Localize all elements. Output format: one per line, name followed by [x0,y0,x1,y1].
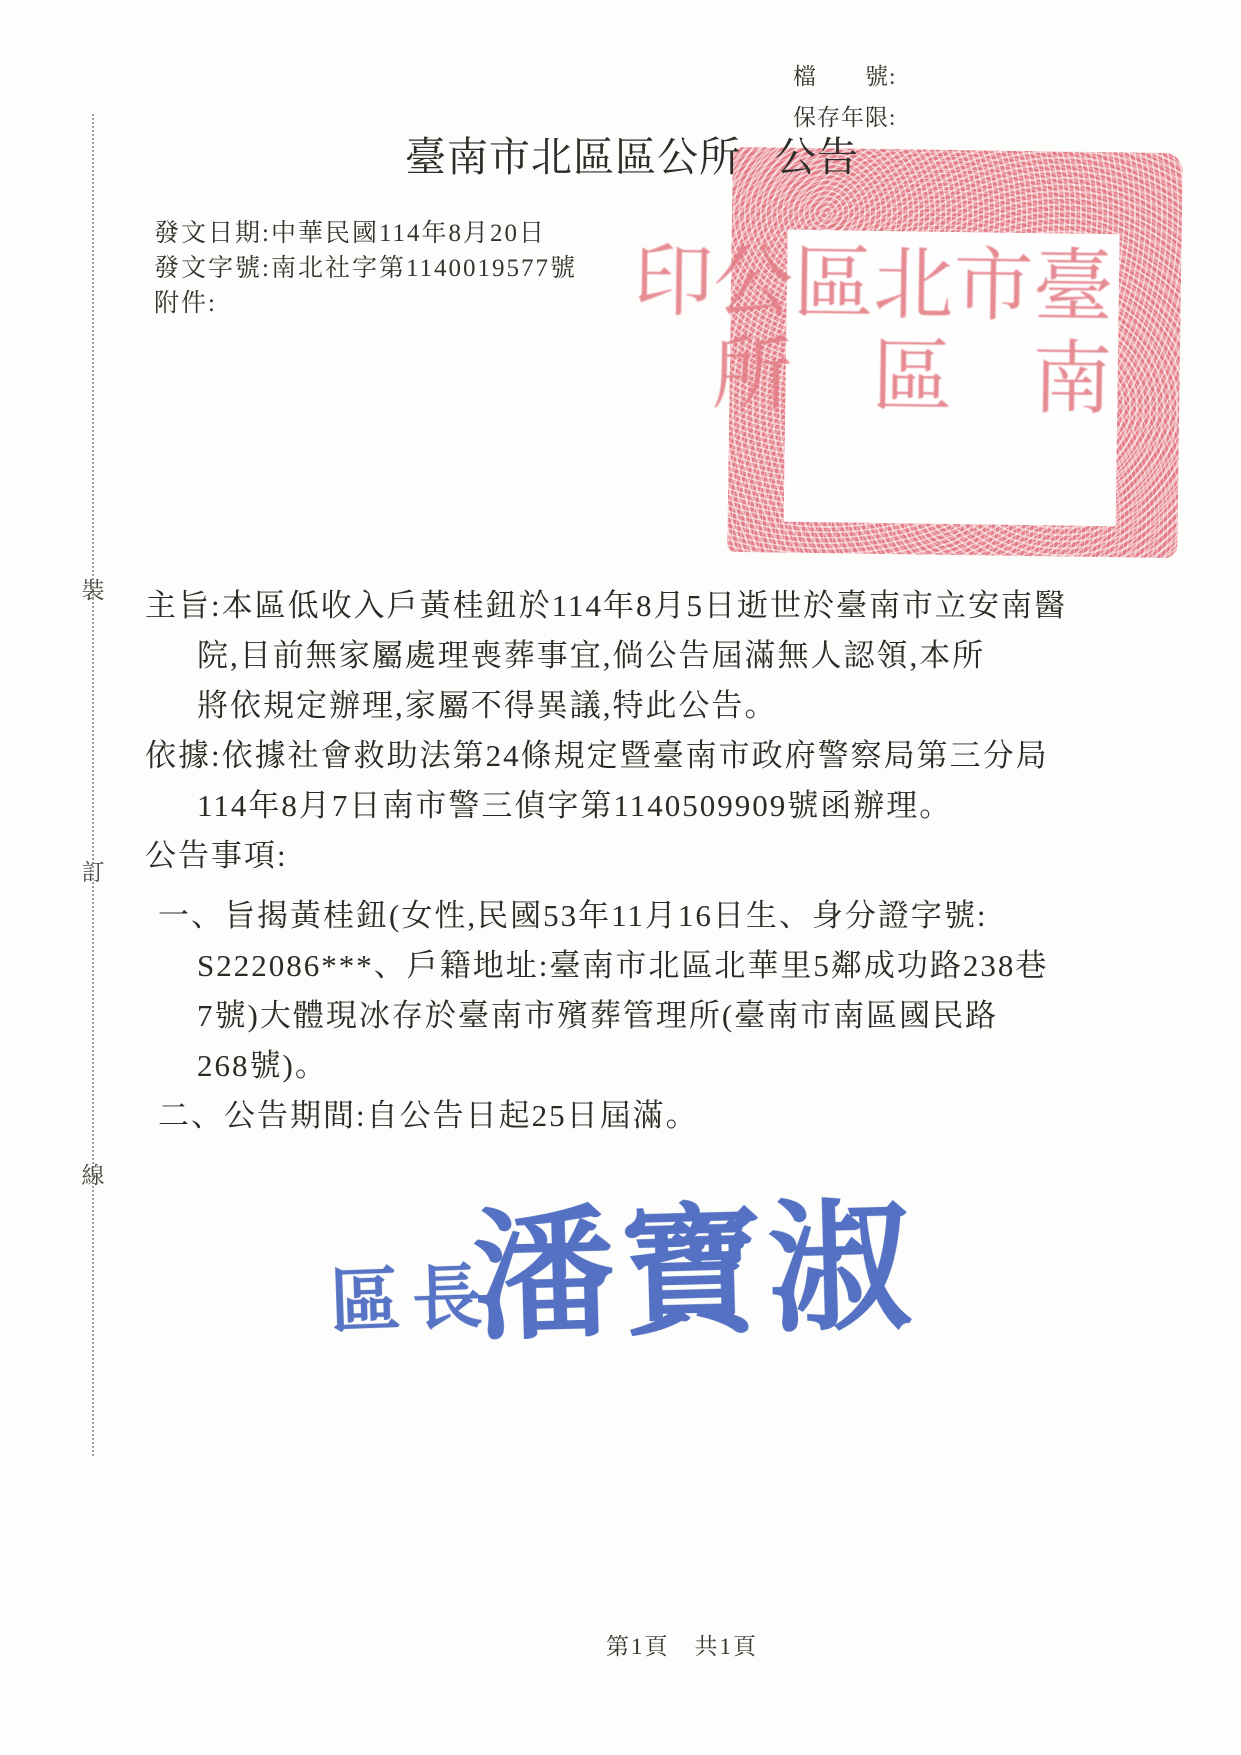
announcement-body: 主旨:本區低收入戶黃桂鈕於114年8月5日逝世於臺南市立安南醫 院,目前無家屬處… [0,581,1241,1141]
seal-text-column-right: 臺南市 [942,242,1106,516]
subject-line-cont: 將依規定辦理,家屬不得異議,特此公告。 [0,681,1241,731]
doc-number-line: 發文字號:南北社字第1140019577號 [154,251,577,286]
official-seal-inner-panel: 臺南市 北區區 公所印 [784,230,1120,527]
issue-date-line: 發文日期:中華民國114年8月20日 [154,216,577,251]
item-1-line: 一、旨揭黃桂鈕(女性,民國53年11月16日生、身分證字號: [0,891,1241,941]
page-footer: 第1頁 共1頁 [606,1628,758,1661]
basis-line: 依據:依據社會救助法第24條規定暨臺南市政府警察局第三分局 [0,731,1241,781]
subject-line-cont: 院,目前無家屬處理喪葬事宜,倘公告屆滿無人認領,本所 [0,631,1241,681]
item-1-line-cont: S222086***、戶籍地址:臺南市北區北華里5鄰成功路238巷 [0,941,1241,991]
scanned-announcement-page: 檔 號: 保存年限: 臺南市北區區公所公告 發文日期:中華民國114年8月20日… [0,0,1241,1755]
subject-line: 主旨:本區低收入戶黃桂鈕於114年8月5日逝世於臺南市立安南醫 [0,581,1241,631]
meta-block: 發文日期:中華民國114年8月20日 發文字號:南北社字第1140019577號… [154,216,577,321]
attachment-label: 附件: [154,290,217,317]
basis-line-cont: 114年8月7日南市警三偵字第1140509909號函辦理。 [0,781,1241,831]
signature-stamp-name: 潘寶淑 [469,1152,918,1368]
seal-text-column-middle: 北區區 [782,240,946,514]
signature-stamp-title: 區長 [328,1240,495,1347]
item-1-line-cont: 7號)大體現冰存於臺南市殯葬管理所(臺南市南區國民路 [0,991,1241,1041]
item-2-line: 二、公告期間:自公告日起25日屆滿。 [0,1091,1241,1141]
binding-mark-xian: 線 [79,1157,107,1190]
issue-date-label: 發文日期: [154,220,271,247]
file-number-label: 檔 號: [793,56,896,97]
seal-text-column-left: 公所印 [622,237,786,511]
document-title: 臺南市北區區公所公告 [405,124,859,183]
doc-type-label: 公告 [775,134,859,180]
issue-date-value: 中華民國114年8月20日 [271,220,546,247]
item-1-line-cont: 268號)。 [0,1041,1241,1091]
items-heading: 公告事項: [0,831,1241,881]
official-seal: 臺南市 北區區 公所印 [727,147,1183,558]
issuing-org-name: 臺南市北區區公所 [405,134,741,180]
attachment-line: 附件: [154,286,577,321]
doc-number-label: 發文字號: [154,255,271,282]
doc-number-value: 南北社字第1140019577號 [271,255,577,282]
